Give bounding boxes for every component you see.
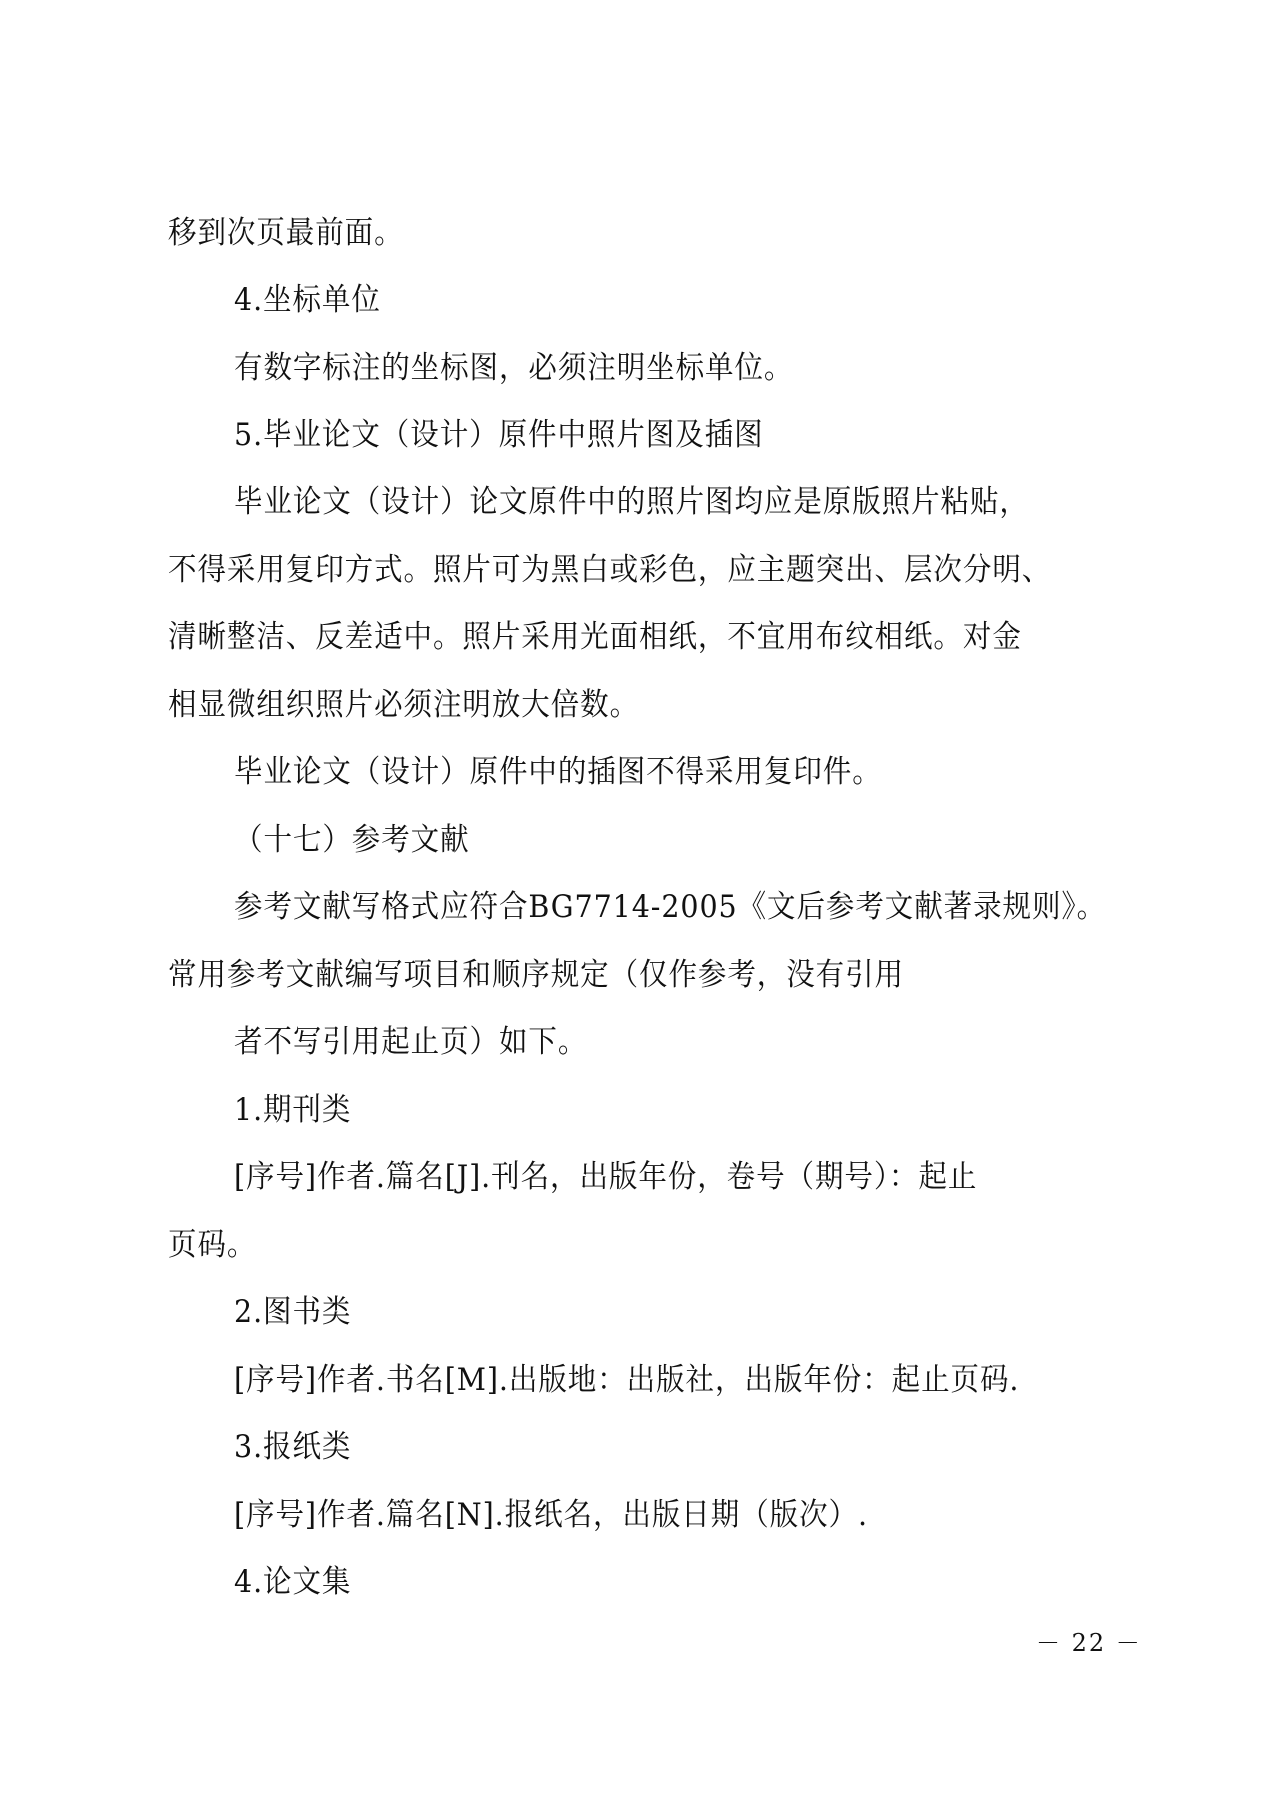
paragraph-references-line-2: 常用参考文献编写项目和顺序规定（仅作参考，没有引用 [168,955,904,995]
paragraph-references-line-3: 者不写引用起止页）如下。 [234,1022,587,1062]
subheading-proceedings: 4.论文集 [234,1562,351,1602]
subheading-books: 2.图书类 [234,1292,351,1332]
paragraph-illustrations: 毕业论文（设计）原件中的插图不得采用复印件。 [234,752,882,792]
paragraph-photos-line-1: 毕业论文（设计）论文原件中的照片图均应是原版照片粘贴， [234,482,1029,522]
paragraph-photos-line-4: 相显微组织照片必须注明放大倍数。 [168,685,639,725]
paragraph-photos-line-3: 清晰整洁、反差适中。照片采用光面相纸，不宜用布纹相纸。对金 [168,617,1022,657]
subheading-newspapers: 3.报纸类 [234,1427,351,1467]
subheading-coordinate-units: 4.坐标单位 [234,280,381,320]
subheading-journals: 1.期刊类 [234,1090,351,1130]
format-newspapers: [序号]作者.篇名[N].报纸名，出版日期（版次）. [234,1495,868,1535]
paragraph-photos-line-2: 不得采用复印方式。照片可为黑白或彩色，应主题突出、层次分明、 [168,550,1051,590]
page-number: － 22 － [1036,1626,1142,1660]
section-heading-references: （十七）参考文献 [234,820,470,860]
paragraph-references-line-1: 参考文献写格式应符合BG7714-2005《文后参考文献著录规则》。 [234,887,1106,927]
subheading-photos-illustrations: 5.毕业论文（设计）原件中照片图及插图 [234,415,764,455]
format-journals-line-1: [序号]作者.篇名[J].刊名，出版年份，卷号（期号）：起止 [234,1157,977,1197]
format-books: [序号]作者.书名[M].出版地：出版社，出版年份：起止页码. [234,1360,1019,1400]
paragraph-continuation: 移到次页最前面。 [168,213,404,253]
document-page: 移到次页最前面。 4.坐标单位 有数字标注的坐标图，必须注明坐标单位。 5.毕业… [0,0,1273,1800]
paragraph-coordinate-units: 有数字标注的坐标图，必须注明坐标单位。 [234,348,793,388]
format-journals-line-2: 页码。 [168,1225,256,1265]
